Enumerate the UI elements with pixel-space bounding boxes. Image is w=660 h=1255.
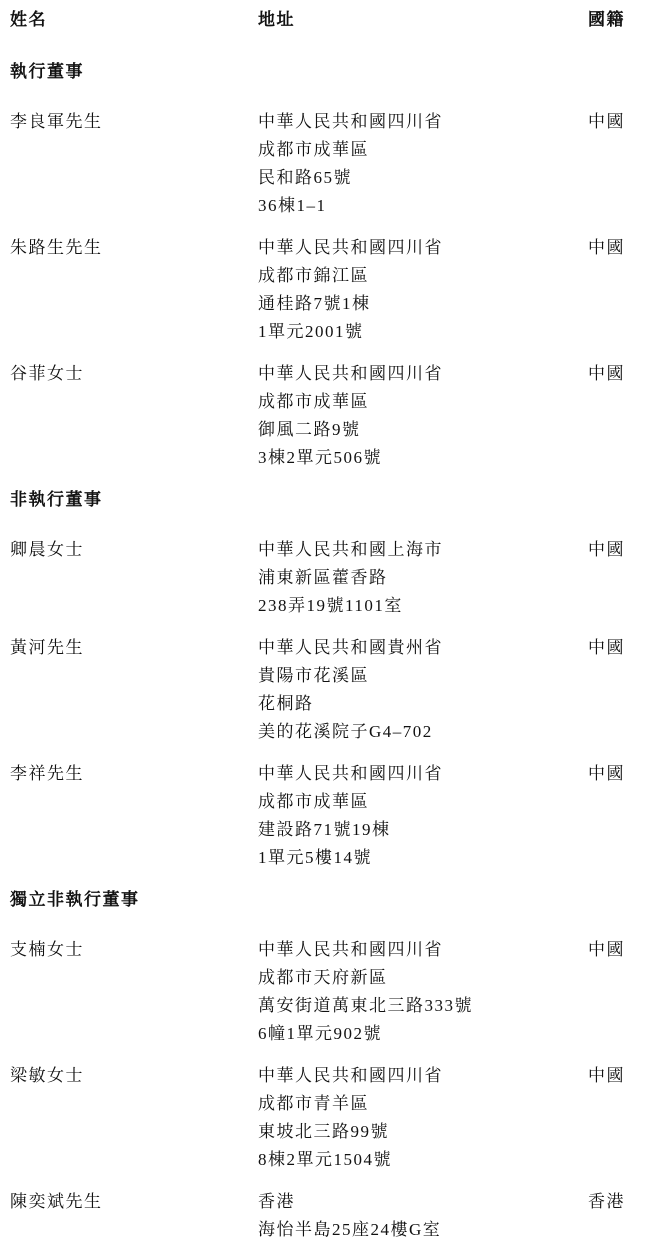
address-line: 中華人民共和國四川省	[258, 108, 588, 136]
address-line: 中華人民共和國四川省	[258, 234, 588, 262]
address-line: 美的花溪院子G4–702	[258, 718, 588, 746]
director-name: 谷菲女士	[10, 360, 258, 472]
address-line: 中華人民共和國四川省	[258, 936, 588, 964]
director-address: 中華人民共和國貴州省 貴陽市花溪區 花桐路 美的花溪院子G4–702	[258, 634, 588, 746]
address-line: 中華人民共和國四川省	[258, 360, 588, 388]
director-address: 中華人民共和國四川省 成都市成華區 建設路71號19棟 1單元5樓14號	[258, 760, 588, 872]
address-line: 貴陽市花溪區	[258, 662, 588, 690]
director-name: 黃河先生	[10, 634, 258, 746]
director-nationality: 中國	[588, 108, 650, 220]
director-name: 李良軍先生	[10, 108, 258, 220]
address-line: 1單元5樓14號	[258, 844, 588, 872]
director-address: 中華人民共和國四川省 成都市天府新區 萬安街道萬東北三路333號 6幢1單元90…	[258, 936, 588, 1048]
director-nationality: 中國	[588, 234, 650, 346]
address-line: 中華人民共和國四川省	[258, 760, 588, 788]
address-line: 中華人民共和國貴州省	[258, 634, 588, 662]
address-line: 通桂路7號1棟	[258, 290, 588, 318]
address-line: 成都市錦江區	[258, 262, 588, 290]
director-name: 梁敏女士	[10, 1062, 258, 1174]
director-address: 中華人民共和國四川省 成都市錦江區 通桂路7號1棟 1單元2001號	[258, 234, 588, 346]
address-line: 浦東新區藿香路	[258, 564, 588, 592]
director-address: 中華人民共和國四川省 成都市成華區 民和路65號 36棟1–1	[258, 108, 588, 220]
address-line: 中華人民共和國四川省	[258, 1062, 588, 1090]
address-line: 建設路71號19棟	[258, 816, 588, 844]
director-address: 中華人民共和國四川省 成都市青羊區 東坡北三路99號 8棟2單元1504號	[258, 1062, 588, 1174]
director-row: 陳奕斌先生 香港 海怡半島25座24樓G室 香港	[10, 1188, 650, 1244]
director-name: 李祥先生	[10, 760, 258, 872]
director-row: 支楠女士 中華人民共和國四川省 成都市天府新區 萬安街道萬東北三路333號 6幢…	[10, 936, 650, 1048]
address-line: 238弄19號1101室	[258, 592, 588, 620]
address-line: 中華人民共和國上海市	[258, 536, 588, 564]
address-line: 成都市成華區	[258, 788, 588, 816]
address-line: 3棟2單元506號	[258, 444, 588, 472]
column-header-name: 姓名	[10, 8, 258, 32]
column-header-nationality: 國籍	[588, 8, 650, 32]
address-line: 民和路65號	[258, 164, 588, 192]
address-line: 海怡半島25座24樓G室	[258, 1216, 588, 1244]
director-nationality: 中國	[588, 634, 650, 746]
director-row: 李祥先生 中華人民共和國四川省 成都市成華區 建設路71號19棟 1單元5樓14…	[10, 760, 650, 872]
address-line: 1單元2001號	[258, 318, 588, 346]
section-title-executive-directors: 執行董事	[10, 60, 650, 84]
director-row: 李良軍先生 中華人民共和國四川省 成都市成華區 民和路65號 36棟1–1 中國	[10, 108, 650, 220]
address-line: 成都市青羊區	[258, 1090, 588, 1118]
director-name: 朱路生先生	[10, 234, 258, 346]
section-title-independent-non-executive-directors: 獨立非執行董事	[10, 888, 650, 912]
address-line: 東坡北三路99號	[258, 1118, 588, 1146]
director-name: 支楠女士	[10, 936, 258, 1048]
director-nationality: 中國	[588, 760, 650, 872]
director-address: 中華人民共和國四川省 成都市成華區 御風二路9號 3棟2單元506號	[258, 360, 588, 472]
address-line: 成都市成華區	[258, 388, 588, 416]
director-row: 卿晨女士 中華人民共和國上海市 浦東新區藿香路 238弄19號1101室 中國	[10, 536, 650, 620]
address-line: 御風二路9號	[258, 416, 588, 444]
address-line: 36棟1–1	[258, 192, 588, 220]
director-nationality: 中國	[588, 360, 650, 472]
column-header-address: 地址	[258, 8, 588, 32]
director-row: 梁敏女士 中華人民共和國四川省 成都市青羊區 東坡北三路99號 8棟2單元150…	[10, 1062, 650, 1174]
director-name: 卿晨女士	[10, 536, 258, 620]
address-line: 成都市天府新區	[258, 964, 588, 992]
director-address: 中華人民共和國上海市 浦東新區藿香路 238弄19號1101室	[258, 536, 588, 620]
address-line: 萬安街道萬東北三路333號	[258, 992, 588, 1020]
address-line: 8棟2單元1504號	[258, 1146, 588, 1174]
director-nationality: 中國	[588, 936, 650, 1048]
director-row: 黃河先生 中華人民共和國貴州省 貴陽市花溪區 花桐路 美的花溪院子G4–702 …	[10, 634, 650, 746]
section-title-non-executive-directors: 非執行董事	[10, 488, 650, 512]
address-line: 花桐路	[258, 690, 588, 718]
address-line: 成都市成華區	[258, 136, 588, 164]
director-row: 谷菲女士 中華人民共和國四川省 成都市成華區 御風二路9號 3棟2單元506號 …	[10, 360, 650, 472]
director-nationality: 中國	[588, 536, 650, 620]
table-column-headers: 姓名 地址 國籍	[10, 8, 650, 32]
director-nationality: 中國	[588, 1062, 650, 1174]
director-name: 陳奕斌先生	[10, 1188, 258, 1244]
address-line: 6幢1單元902號	[258, 1020, 588, 1048]
address-line: 香港	[258, 1188, 588, 1216]
director-nationality: 香港	[588, 1188, 650, 1244]
director-address: 香港 海怡半島25座24樓G室	[258, 1188, 588, 1244]
director-row: 朱路生先生 中華人民共和國四川省 成都市錦江區 通桂路7號1棟 1單元2001號…	[10, 234, 650, 346]
